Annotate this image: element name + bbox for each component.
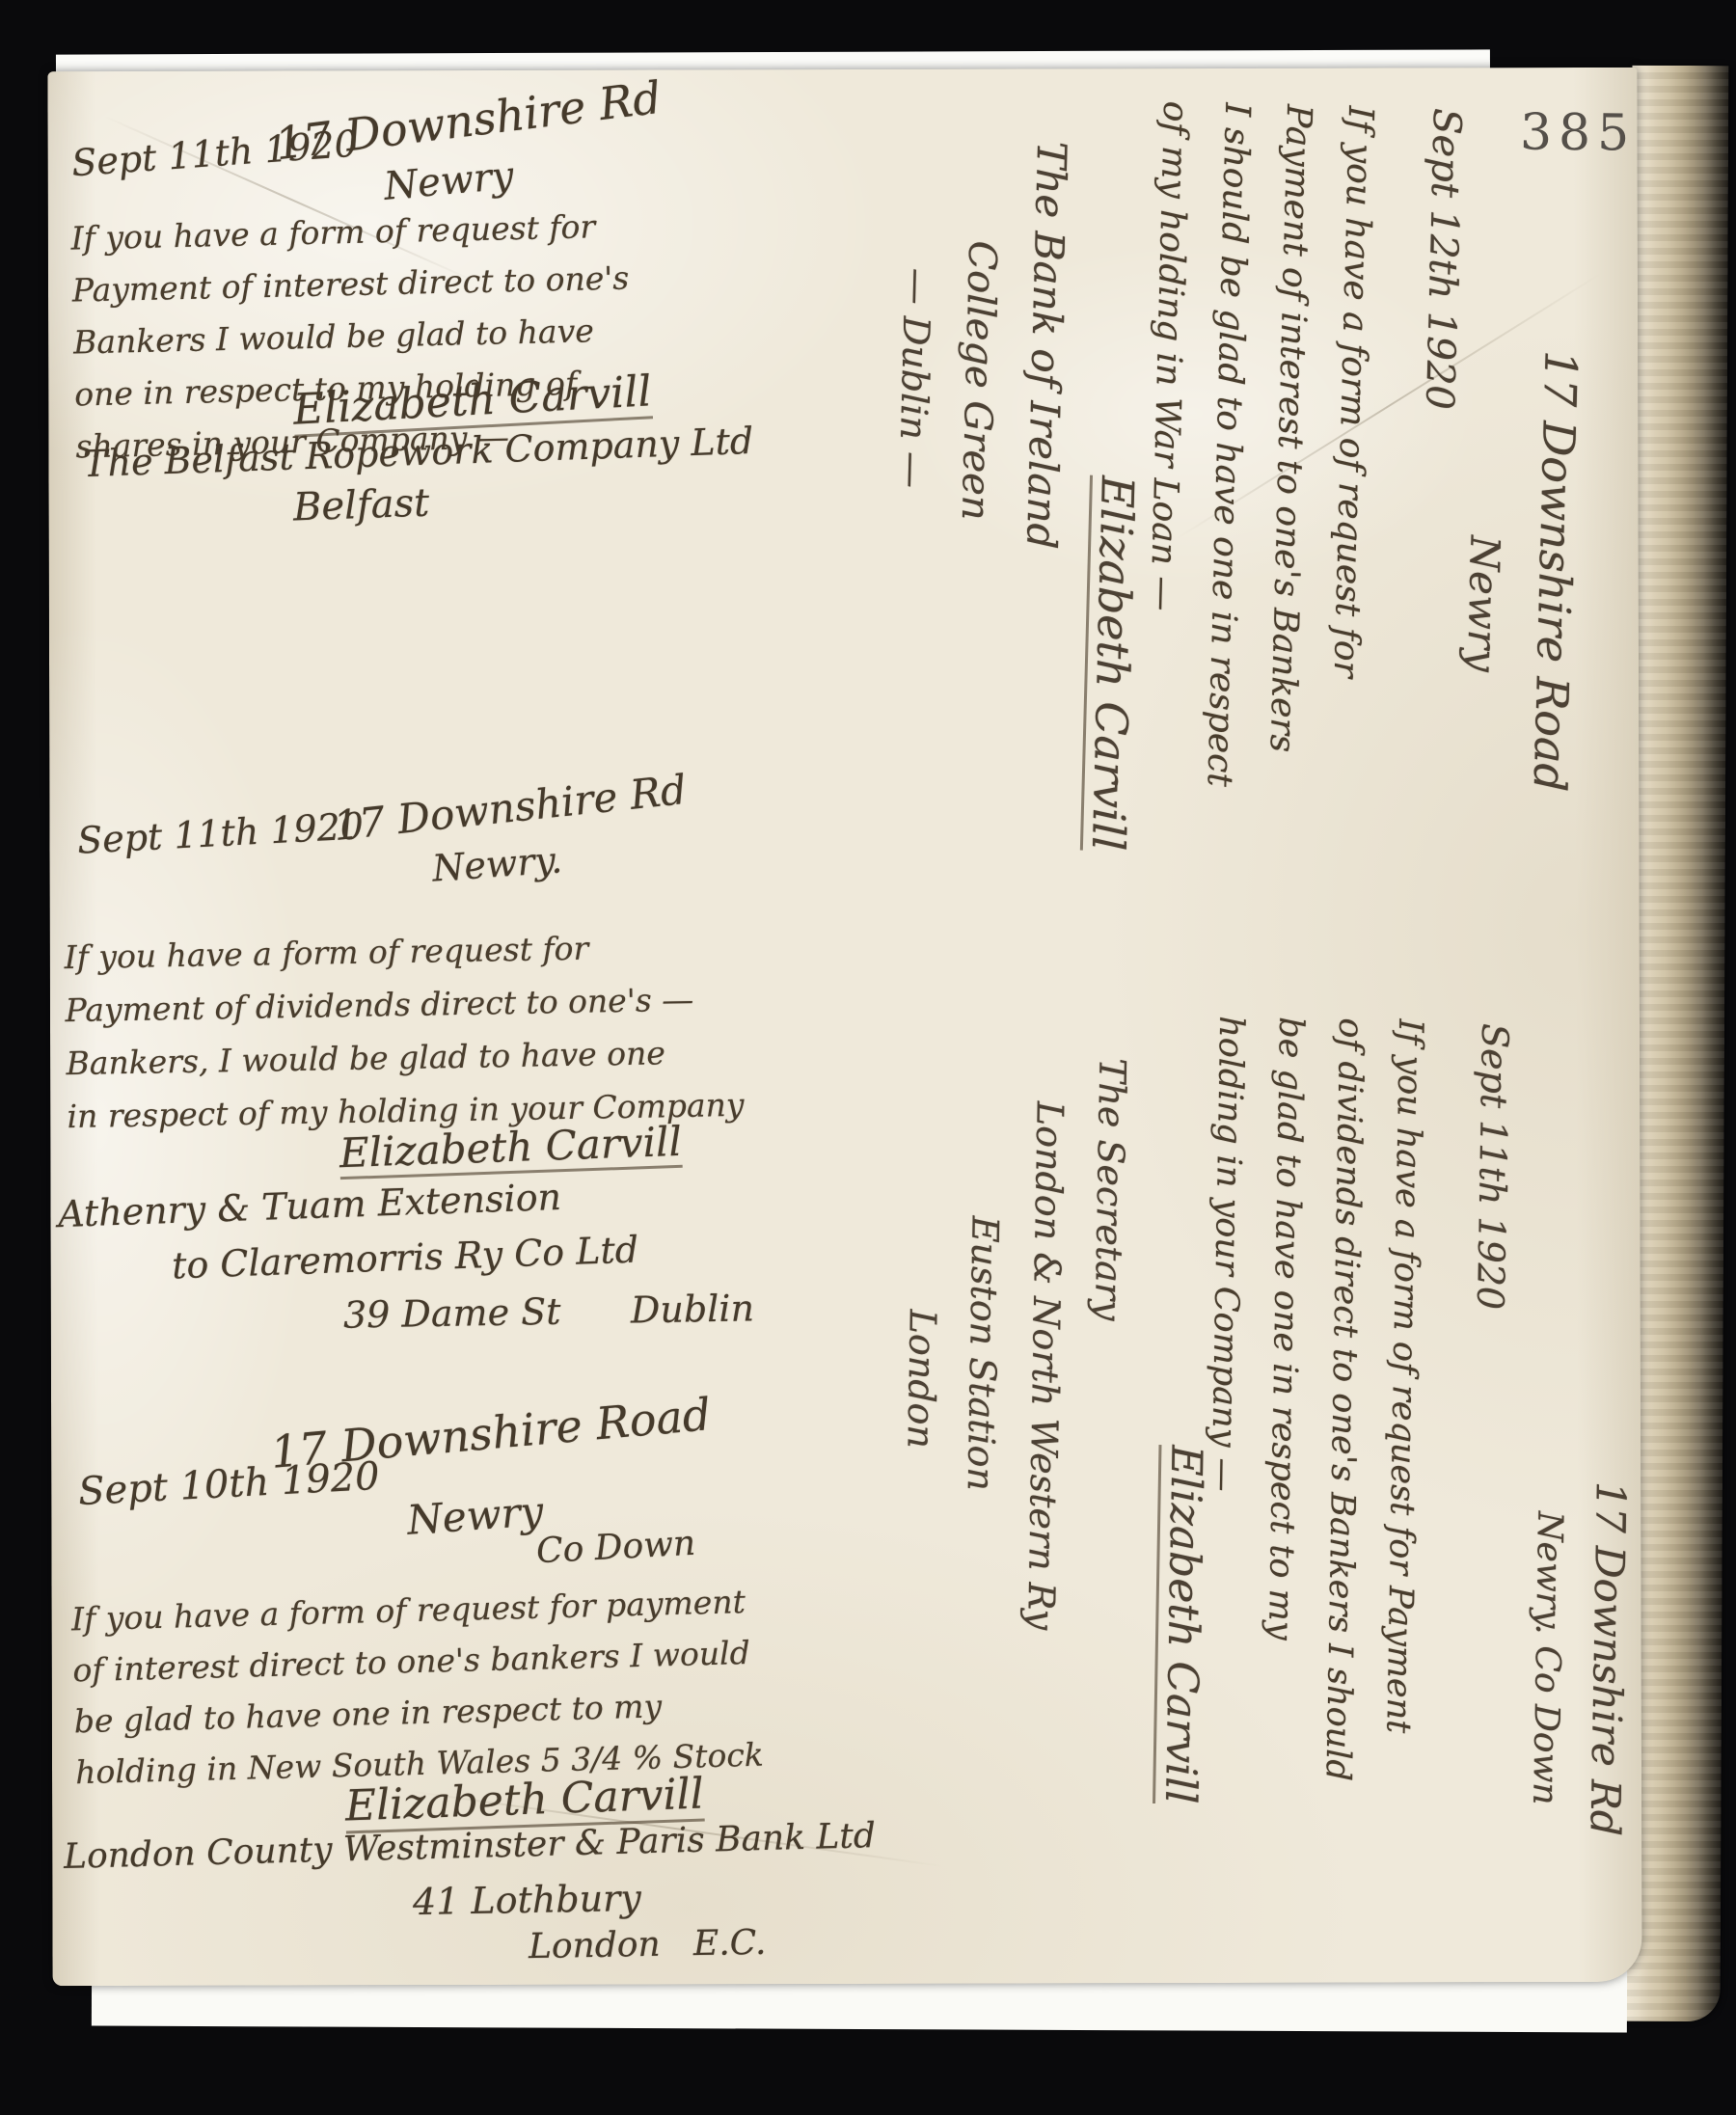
letter-2-body: If you have a form of request forPayment…: [64, 919, 745, 1143]
letter-5-addressee-line: The Secretary: [1090, 1058, 1131, 1321]
letter-3-addressee-line: London E.C.: [529, 1926, 767, 1965]
letter-1-address-line: 17 Downshire Rd: [273, 75, 664, 167]
letter-3-address-line: Newry: [406, 1491, 545, 1541]
letter-1-address-line: Newry: [383, 156, 516, 206]
letter-4-addressee-line: — Dublin —: [894, 267, 936, 488]
letter-2-date: Sept 11th 1920: [76, 807, 365, 858]
letter-2-addressee-line: to Claremorris Ry Co Ltd: [171, 1232, 638, 1285]
letter-3-addressee-line: 41 Lothbury: [413, 1880, 641, 1920]
letter-4-content: Sept 12th 192017 Downshire RoadNewryIf y…: [743, 81, 1612, 875]
letter-5-rotated: Sept 11th 192017 Downshire RdNewry. Co D…: [675, 1003, 1640, 1832]
letter-5-address-line: 17 Downshire Rd: [1585, 1481, 1631, 1836]
letter-4-rotated: Sept 12th 192017 Downshire RoadNewryIf y…: [752, 92, 1601, 863]
letter-4-body: If you have a form of request forPayment…: [1126, 100, 1391, 791]
letter-4-addressee-line: College Green: [956, 240, 1002, 521]
letter-4-address-line: 17 Downshire Road: [1528, 350, 1584, 793]
letter-2-addressee-line: Athenry & Tuam Extension: [57, 1179, 561, 1233]
letter-5-addressee-line: London: [902, 1309, 941, 1449]
letter-4-address-line: Newry: [1461, 535, 1505, 672]
letter-5-body: If you have a form of request for Paymen…: [1187, 1016, 1440, 1783]
letter-5-address-line: Newry. Co Down: [1527, 1511, 1566, 1805]
letter-1-addressee-line: Belfast: [292, 484, 429, 528]
letter-5-addressee-line: London & North Western Ry: [1022, 1101, 1069, 1631]
letters-layer: Sept 11th 192017 Downshire RdNewryIf you…: [0, 0, 1736, 2115]
letter-2-address-line: Newry.: [431, 841, 563, 886]
letter-5-addressee-line: Euston Station: [963, 1216, 1004, 1492]
letter-3-body: If you have a form of request for paymen…: [70, 1576, 764, 1799]
letter-5-date: Sept 11th 1920: [1472, 1023, 1513, 1311]
letter-5-content: Sept 11th 192017 Downshire RdNewry. Co D…: [668, 994, 1647, 1840]
letter-3-address-line: 17 Downshire Road: [269, 1392, 713, 1475]
letter-5-signature: Elizabeth Carvill: [1153, 1445, 1207, 1804]
letter-4-addressee-line: The Bank of Ireland: [1020, 141, 1071, 550]
letter-2-signature: Elizabeth Carvill: [339, 1122, 682, 1180]
letter-2-address-line: 17 Downshire Rd: [332, 770, 689, 847]
letter-4-date: Sept 12th 1920: [1420, 108, 1466, 411]
letter-4-signature: Elizabeth Carvill: [1080, 475, 1140, 852]
